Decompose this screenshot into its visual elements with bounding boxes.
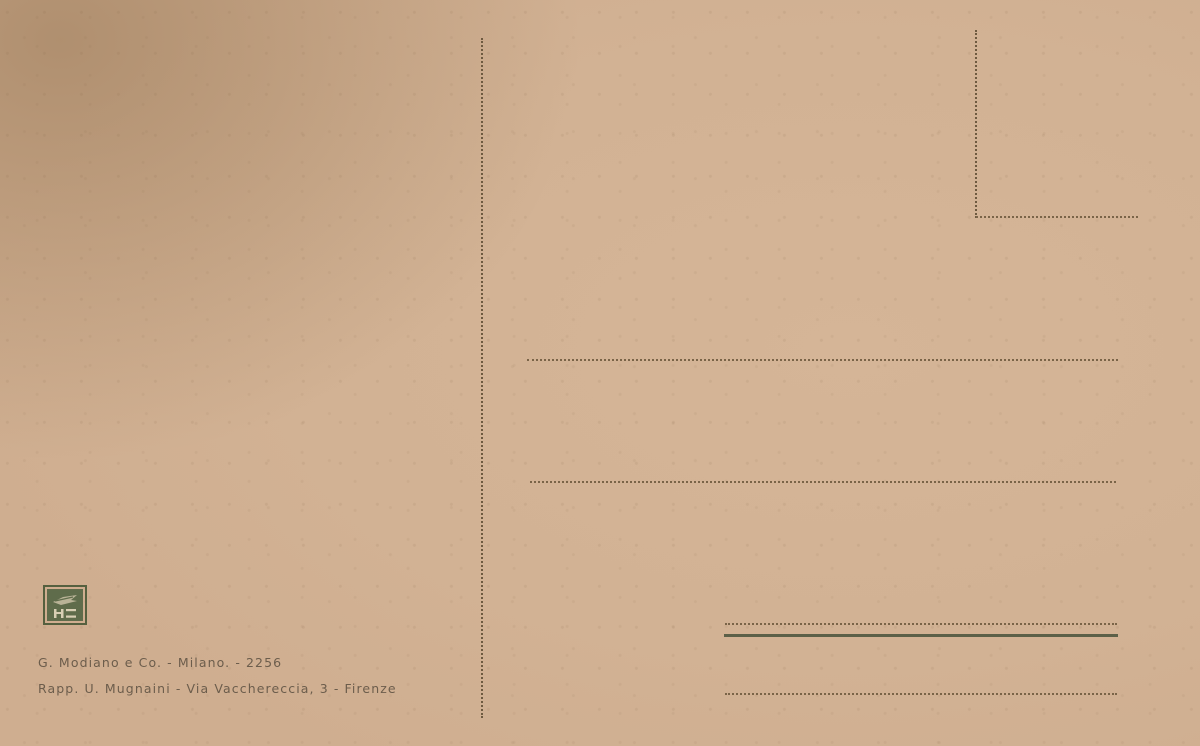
center-divider: [481, 38, 483, 718]
stamp-box-left-edge: [975, 30, 977, 218]
address-line-solid: [724, 634, 1118, 637]
stamp-box-bottom-edge: [976, 216, 1138, 218]
address-line-2: [530, 481, 1116, 483]
address-line-3: [725, 623, 1117, 625]
publisher-monogram-icon: [43, 585, 87, 625]
imprint-representative: Rapp. U. Mugnaini - Via Vacchereccia, 3 …: [38, 681, 397, 696]
address-line-1: [527, 359, 1118, 361]
address-line-4: [725, 693, 1117, 695]
imprint-publisher: G. Modiano e Co. - Milano. - 2256: [38, 655, 282, 670]
